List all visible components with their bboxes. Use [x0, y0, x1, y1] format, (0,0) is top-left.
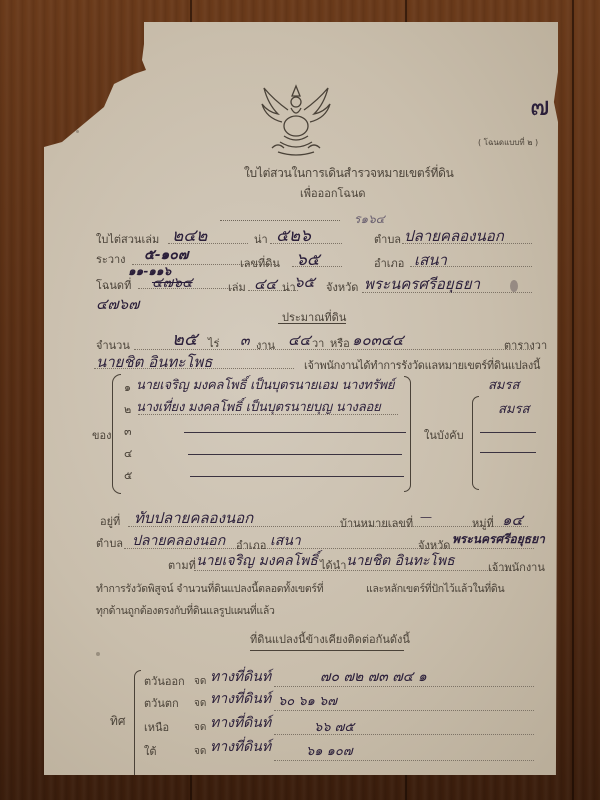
or-label: หรือ: [330, 334, 350, 352]
district-label: อำเภอ: [374, 254, 404, 272]
led-value: นายชิต อินทะโพธ: [346, 550, 455, 572]
land-survey-document: ๗ ( โฉนดแบบที่ ๒ ) ใบไต่สวนในการเดินสำรว…: [44, 22, 558, 775]
deed-book-value: ๔๔: [254, 272, 277, 296]
subdistrict-label: ตำบล: [374, 230, 401, 248]
deed-value-struck: ๔๗๖๔: [152, 272, 193, 294]
floor-plank-seam: [572, 0, 574, 800]
rai-value: ๒๕: [172, 324, 198, 353]
officer-label: เจ้าพนักงาน: [488, 558, 545, 576]
owner-row-num: ๒: [124, 400, 131, 418]
deed-page-value: ๖๕: [294, 270, 315, 294]
page-value: ๕๒๖: [276, 222, 311, 249]
statement-line-2b: และหลักเขตร์ที่ปักไว้แล้วในที่ดิน: [366, 580, 504, 597]
direction-label: ทิศ: [110, 712, 126, 731]
district-value: เสนา: [414, 248, 447, 272]
owner-row-num: ๓: [124, 422, 132, 440]
sqwa-value: ๑๐๓๔๔: [352, 328, 404, 352]
page-number: ๗: [530, 86, 550, 127]
surveyor-name: นายชิต อินทะโพธ: [96, 350, 212, 374]
wa-label: วา: [312, 334, 324, 352]
owner-row-blank-line: [188, 454, 402, 455]
boundary-to-label: จด: [194, 696, 206, 711]
owner-row-num: ๑: [124, 378, 131, 396]
boundary-direction: ตวันตก: [144, 694, 179, 712]
province-label: จังหวัด: [326, 278, 358, 296]
document-title: ใบไต่สวนในการเดินสำรวจหมายเขตร์ที่ดิน: [244, 164, 454, 183]
plot-no-label: เลขที่ดิน: [240, 254, 280, 272]
direction-brace: [134, 670, 141, 782]
owner-row-num: ๔: [124, 444, 132, 462]
boundary-value: ทางที่ดินท์: [210, 736, 271, 758]
deed-value-below: ๔๗๖๗: [96, 292, 139, 316]
address-district-value: เสนา: [270, 530, 301, 552]
province-value: พระนครศรีอยุธยา: [364, 272, 480, 296]
paper-speck: [96, 652, 100, 656]
form-type-label: ( โฉนดแบบที่ ๒ ): [478, 136, 538, 149]
wa-value: ๔๔: [288, 328, 311, 352]
according-value: นายเจริญ มงคลโพธิ์: [196, 550, 318, 572]
boundary-value: ทางที่ดินท์: [210, 666, 271, 688]
ink-stain: [510, 280, 518, 292]
surveyor-statement: เจ้าพนักงานได้ทำการรังวัดแลหมายเขตร์ที่ด…: [304, 356, 540, 374]
boundary-direction: ตวันออก: [144, 672, 185, 690]
owner-row-status: สมรส: [498, 398, 529, 419]
boundary-refs: ๗๐ ๗๒ ๗๓ ๗๔ ๑: [320, 666, 427, 688]
paper-speck: [76, 130, 79, 133]
statement-line-3: ทุกด้านถูกต้องตรงกับที่ดินแลรูปแผนที่แล้…: [96, 602, 275, 619]
owner-row-status: สมรส: [488, 374, 519, 395]
address-subdistrict-label: ตำบล: [96, 534, 123, 552]
garuda-emblem-icon: [258, 80, 334, 160]
deed-book-label: เล่ม: [228, 278, 246, 296]
boundary-refs: ๖๐ ๖๑ ๖๗: [278, 690, 337, 711]
boundary-refs: ๖๑ ๑๐๗: [306, 740, 353, 761]
led-label: ได้นำ: [320, 556, 346, 574]
owner-row-name: นายเจริญ มงคลโพธิ์ เป็นบุตรนายเอม นางทรั…: [136, 374, 394, 395]
house-value: —: [420, 510, 432, 524]
boundary-direction: ใต้: [144, 742, 157, 760]
plot-no-value: ๖๕: [296, 246, 320, 273]
owner-row-blank-line: [184, 432, 406, 433]
boundary-direction: เหนือ: [144, 718, 169, 736]
owners-of-label: ของ: [92, 426, 112, 444]
address-at-label: อยู่ที่: [100, 512, 120, 530]
address-at-value: ทับปลายคลองนอก: [134, 506, 253, 530]
page-label: น่า: [254, 230, 268, 248]
boundary-to-label: จด: [194, 720, 206, 735]
under-label: ในบังคับ: [424, 426, 464, 444]
statement-line-2a: ทำการรังวัดพิสูจน์ จำนวนที่ดินแปลงนี้ตลอ…: [96, 580, 323, 597]
owners-brace: [112, 374, 121, 494]
address-province-value: พระนครศรีอยุธยา: [452, 530, 545, 549]
moo-value: ๑๔: [502, 508, 523, 532]
house-label: บ้านหมายเลขที่: [340, 514, 413, 532]
address-subdistrict-value: ปลายคลองนอก: [132, 530, 225, 552]
sqwa-label: ตารางวา: [504, 336, 547, 354]
subdistrict-value: ปลายคลองนอก: [404, 224, 504, 248]
top-annotation: ร๑๖๔: [354, 210, 385, 229]
boundary-value: ทางที่ดินท์: [210, 688, 271, 710]
status-brace: [472, 396, 479, 490]
document-subtitle: เพื่อออกโฉนด: [300, 184, 366, 202]
ngan-label: งาน: [256, 336, 275, 354]
owners-right-brace: [404, 376, 411, 492]
ornamental-line: [220, 220, 340, 221]
boundary-to-label: จด: [194, 674, 206, 689]
range-label: ระวาง: [96, 250, 126, 268]
ngan-value: ๓: [240, 330, 250, 352]
owner-row-blank-line: [190, 476, 404, 477]
boundary-value: ทางที่ดินท์: [210, 712, 271, 734]
boundary-to-label: จด: [194, 744, 206, 759]
owner-row-num: ๕: [124, 466, 132, 484]
boundaries-heading: ที่ดินแปลงนี้ข้างเคียงติดต่อกันดังนี้: [250, 630, 410, 648]
according-label: ตามที่: [168, 556, 196, 574]
